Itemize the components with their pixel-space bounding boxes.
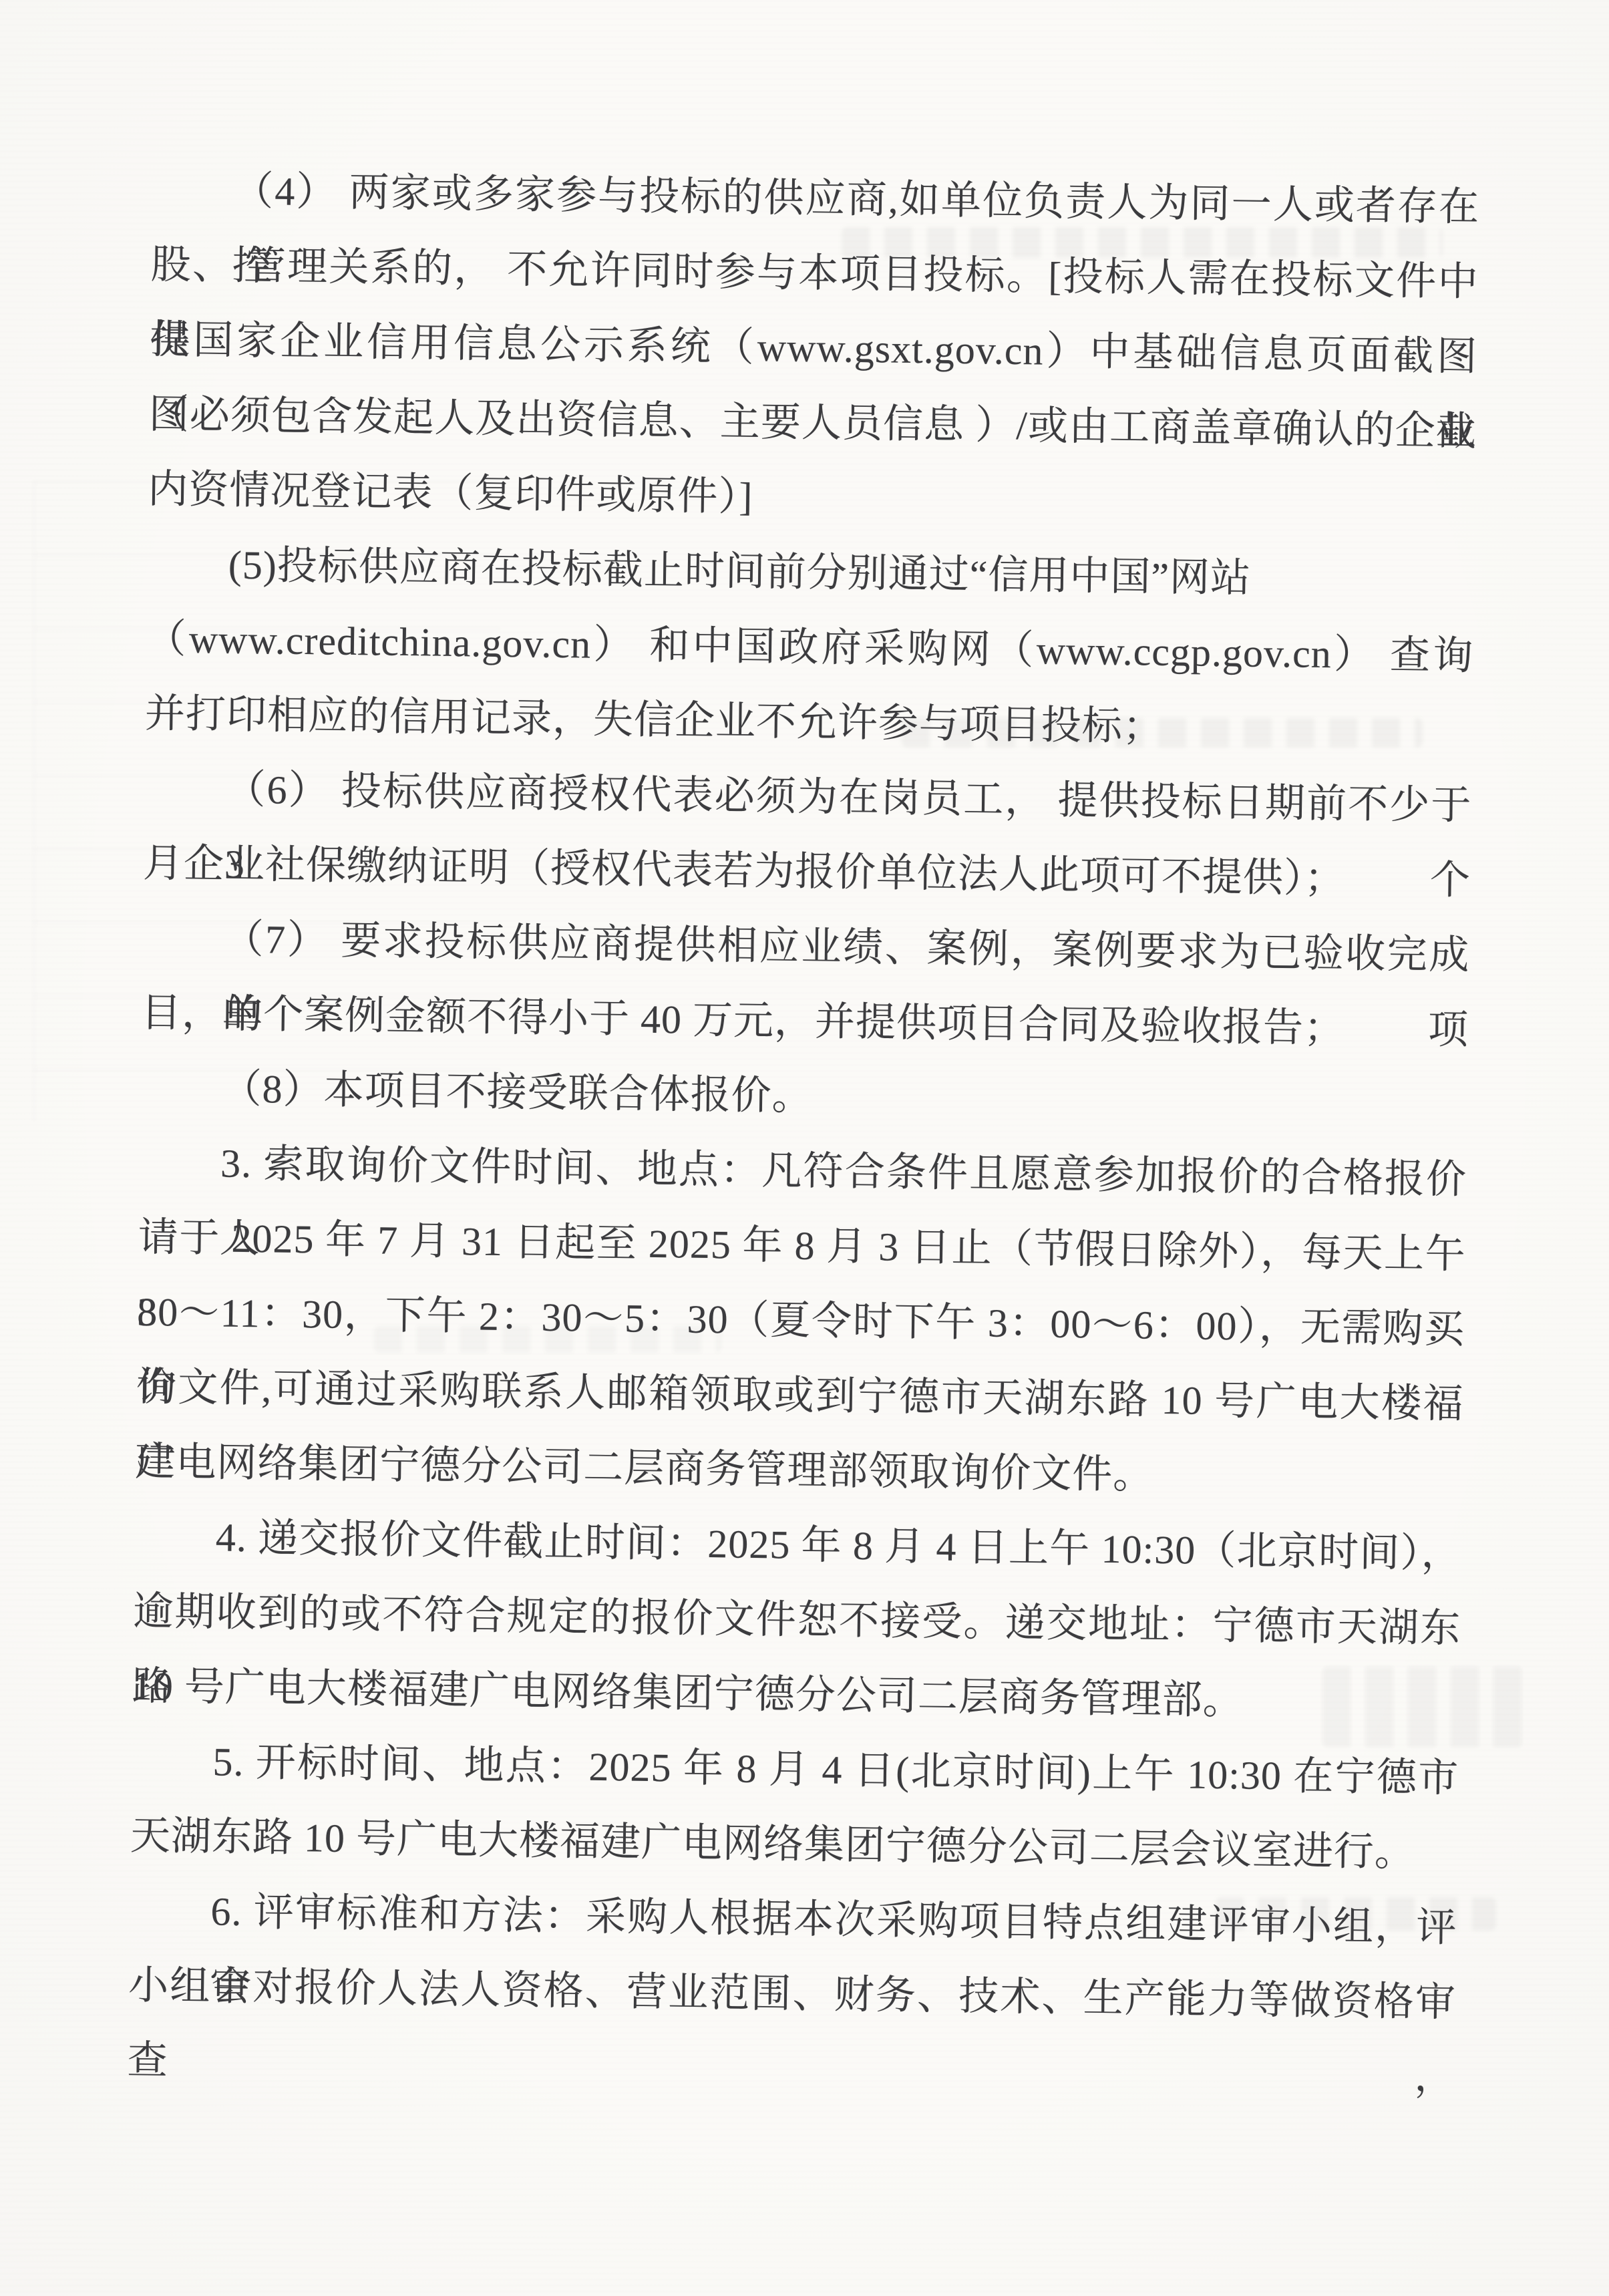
document-page: （4） 两家或多家参与投标的供应商,如单位负责人为同一人或者存在控 股、 管理关… — [0, 0, 1609, 2296]
body-text-block: （4） 两家或多家参与投标的供应商,如单位负责人为同一人或者存在控 股、 管理关… — [128, 152, 1479, 2040]
